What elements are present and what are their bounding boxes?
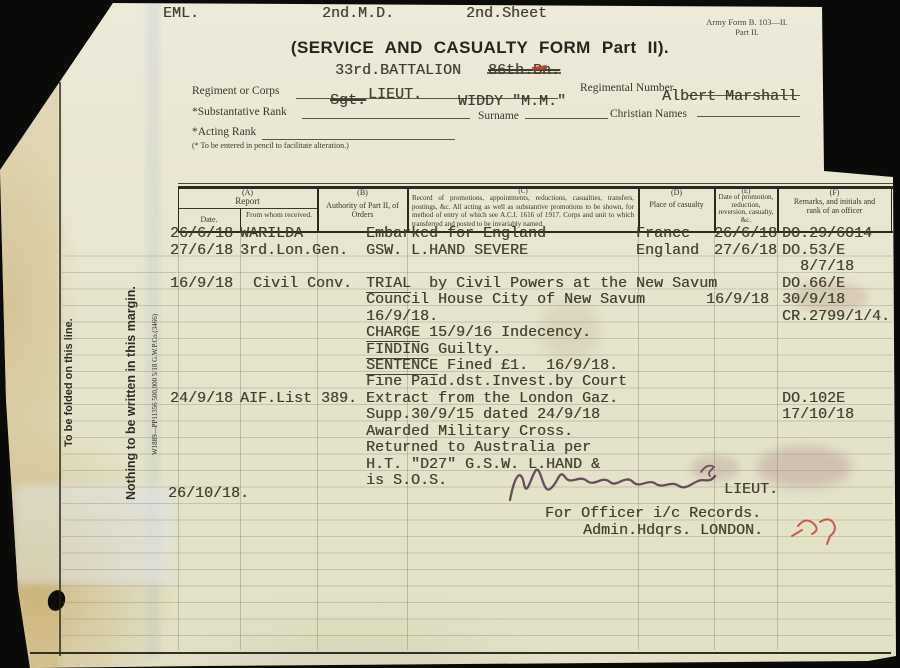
entry-from: WARILDA (240, 226, 303, 242)
entry-record: Extract from the London Gaz. (366, 391, 618, 407)
col-c-label: Record of promotions, appointments, redu… (412, 194, 634, 228)
entry-remark: 8/7/18 (800, 259, 854, 275)
table-row: H.T. "D27" G.S.W. L.HAND & (0, 457, 900, 473)
entry-record: Council House City of New Savum (366, 292, 645, 308)
signature-line1: For Officer i/c Records. (545, 506, 761, 522)
entry-record-text: Returned to Australia per (366, 439, 591, 456)
army-form-ref-line1: Army Form B. 103—II. (692, 17, 802, 27)
entry-remark: DO.53/E (782, 243, 845, 259)
entry-date: 24/9/18 (170, 391, 233, 407)
entry-remark: DO.102E (782, 391, 845, 407)
entry-record: CHARGE 15/9/16 Indecency. (366, 325, 591, 341)
table-row: 16/9/18. CR.2799/1/4. (0, 309, 900, 325)
col-d-label: Place of casualty (649, 200, 704, 209)
page-bottom-rule (30, 652, 891, 654)
rank-struck-value: Sgt. (330, 93, 366, 109)
battalion-value: 33rd.BATTALION (335, 63, 461, 79)
entry-record-text: by Civil Powers at the New Savum (411, 275, 717, 292)
entry-record: Supp.30/9/15 dated 24/9/18 (366, 407, 600, 423)
army-form-ref: Army Form B. 103—II. Part II. (692, 17, 802, 37)
entry-record: Embarked for England (366, 226, 546, 242)
pencil-note: (* To be entered in pencil to facilitate… (192, 141, 349, 150)
entry-record: Awarded Military Cross. (366, 424, 573, 440)
col-f-label: Remarks, and initials and rank of an off… (788, 197, 881, 215)
table-rule-thin (178, 183, 893, 184)
rank-value: LIEUT. (368, 87, 422, 103)
entry-record: FINDING Guilty. (366, 342, 501, 358)
entry-record: 16/9/18. (366, 309, 438, 325)
overstrike-mark (487, 72, 561, 74)
entry-record-text: Council House City of New Savum (366, 291, 645, 308)
red-annotation (788, 512, 846, 546)
entry-date: 27/6/18 (170, 243, 233, 259)
entry-record-text: 15/9/16 Indecency. (420, 324, 591, 341)
table-row: 26/6/18 WARILDA Embarked for England Fra… (0, 226, 900, 242)
table-row: Fine Paid.dst.Invest.by Court (0, 374, 900, 390)
table-row: 27/6/18 3rd.Lon.Gen. GSW. L.HAND SEVERE … (0, 243, 900, 259)
entry-record-text: Supp.30/9/15 dated 24/9/18 (366, 406, 600, 423)
entry-edate: 16/9/18 (706, 292, 769, 308)
col-a-date-label: Date. (178, 215, 240, 224)
table-row: CHARGE 15/9/16 Indecency. (0, 325, 900, 341)
header-district: 2nd.M.D. (322, 6, 394, 22)
table-row: Council House City of New Savum 16/9/18 … (0, 292, 900, 308)
surname-line (525, 117, 608, 119)
col-a-from-label: From whom received. (243, 211, 315, 220)
entry-record: TRIAL by Civil Powers at the New Savum (366, 276, 717, 292)
col-b-tag: (B) (318, 188, 407, 197)
entry-record-text: GSW. L.HAND SEVERE (366, 242, 528, 259)
table-row: 16/9/18 Civil Conv. TRIAL by Civil Power… (0, 276, 900, 292)
signature-macpherson (505, 458, 723, 508)
entry-from: Civil Conv. (253, 276, 352, 292)
table-row: Awarded Military Cross. (0, 424, 900, 440)
acting-rank-line (262, 138, 455, 140)
col-f-tag: (F) (778, 188, 891, 197)
entry-record: SENTENCE Fined £1. 16/9/18. (366, 358, 618, 374)
header-eml: EML. (163, 6, 199, 22)
entry-record: is S.O.S. (366, 473, 447, 489)
table-border (891, 186, 892, 231)
entry-record-text: is S.O.S. (366, 472, 447, 489)
entry-from: 3rd.Lon.Gen. (240, 243, 348, 259)
footer-date: 26/10/18. (168, 486, 249, 502)
regiment-label: Regiment or Corps (192, 85, 280, 97)
entry-edate: 27/6/18 (714, 243, 777, 259)
entry-remark: 17/10/18 (782, 407, 854, 423)
table-row: 24/9/18 AIF.List 389. Extract from the L… (0, 391, 900, 407)
christian-names-line (697, 115, 800, 117)
substantive-rank-label: *Substantative Rank (192, 106, 287, 118)
surname-value: WIDDY "M.M." (458, 94, 566, 110)
christian-names-label: Christian Names (610, 108, 687, 120)
table-row: 8/7/18 (0, 259, 900, 275)
entry-remark: DO.29/6014 (782, 226, 872, 242)
report-sub-rule (178, 208, 317, 209)
entry-record: GSW. L.HAND SEVERE (366, 243, 528, 259)
christian-names-value: Albert Marshall (662, 89, 797, 105)
entry-record-text: 16/9/18. (366, 308, 438, 325)
regimental-number-label: Regimental Number (580, 82, 674, 94)
rank-line (302, 117, 470, 119)
table-row: FINDING Guilty. (0, 342, 900, 358)
entry-remark: CR.2799/1/4. (782, 309, 890, 325)
entry-record-text: Embarked for England (366, 225, 546, 242)
entry-edate: 26/6/18 (714, 226, 777, 242)
scanned-document: To be folded on this line. Nothing to be… (0, 0, 900, 668)
acting-rank-label: *Acting Rank (192, 126, 256, 138)
entry-date: 16/9/18 (170, 276, 233, 292)
col-a-label: Report (178, 196, 317, 206)
entry-remark: DO.66/E (782, 276, 845, 292)
table-row: Supp.30/9/15 dated 24/9/18 17/10/18 (0, 407, 900, 423)
entry-record: Fine Paid.dst.Invest.by Court (366, 374, 627, 390)
entry-record-text: Extract from the London Gaz. (366, 390, 618, 407)
entry-record-text: Guilty. (429, 341, 501, 358)
entry-remark: 30/9/18 (782, 292, 845, 308)
entry-record: Returned to Australia per (366, 440, 591, 456)
signature-rank: LIEUT. (724, 482, 778, 498)
battalion-struck-value: 86th.Bn. (488, 63, 560, 79)
entry-place: England (636, 243, 699, 259)
paper-sheet: To be folded on this line. Nothing to be… (0, 0, 900, 668)
col-e-label: Date of promotion, reduction, reversion,… (718, 194, 774, 224)
army-form-ref-line2: Part II. (692, 27, 802, 37)
entry-record-text: Awarded Military Cross. (366, 423, 573, 440)
entry-record-text: Fine Paid.dst.Invest.by Court (366, 373, 627, 390)
surname-label: Surname (478, 110, 519, 122)
entry-place: France (636, 226, 690, 242)
header-sheet: 2nd.Sheet (466, 6, 547, 22)
entry-date: 26/6/18 (170, 226, 233, 242)
entry-record-head: CHARGE (366, 324, 420, 342)
form-title: (SERVICE AND CASUALTY FORM Part II). (240, 38, 720, 58)
col-b-label: Authority of Part II, of Orders (322, 201, 403, 219)
signature-line2: Admin.Hdqrs. LONDON. (583, 523, 763, 539)
table-row: SENTENCE Fined £1. 16/9/18. (0, 358, 900, 374)
col-d-tag: (D) (639, 188, 714, 197)
entry-from: AIF.List 389. (240, 391, 357, 407)
entry-record-text: Fined £1. 16/9/18. (438, 357, 618, 374)
table-row: Returned to Australia per (0, 440, 900, 456)
